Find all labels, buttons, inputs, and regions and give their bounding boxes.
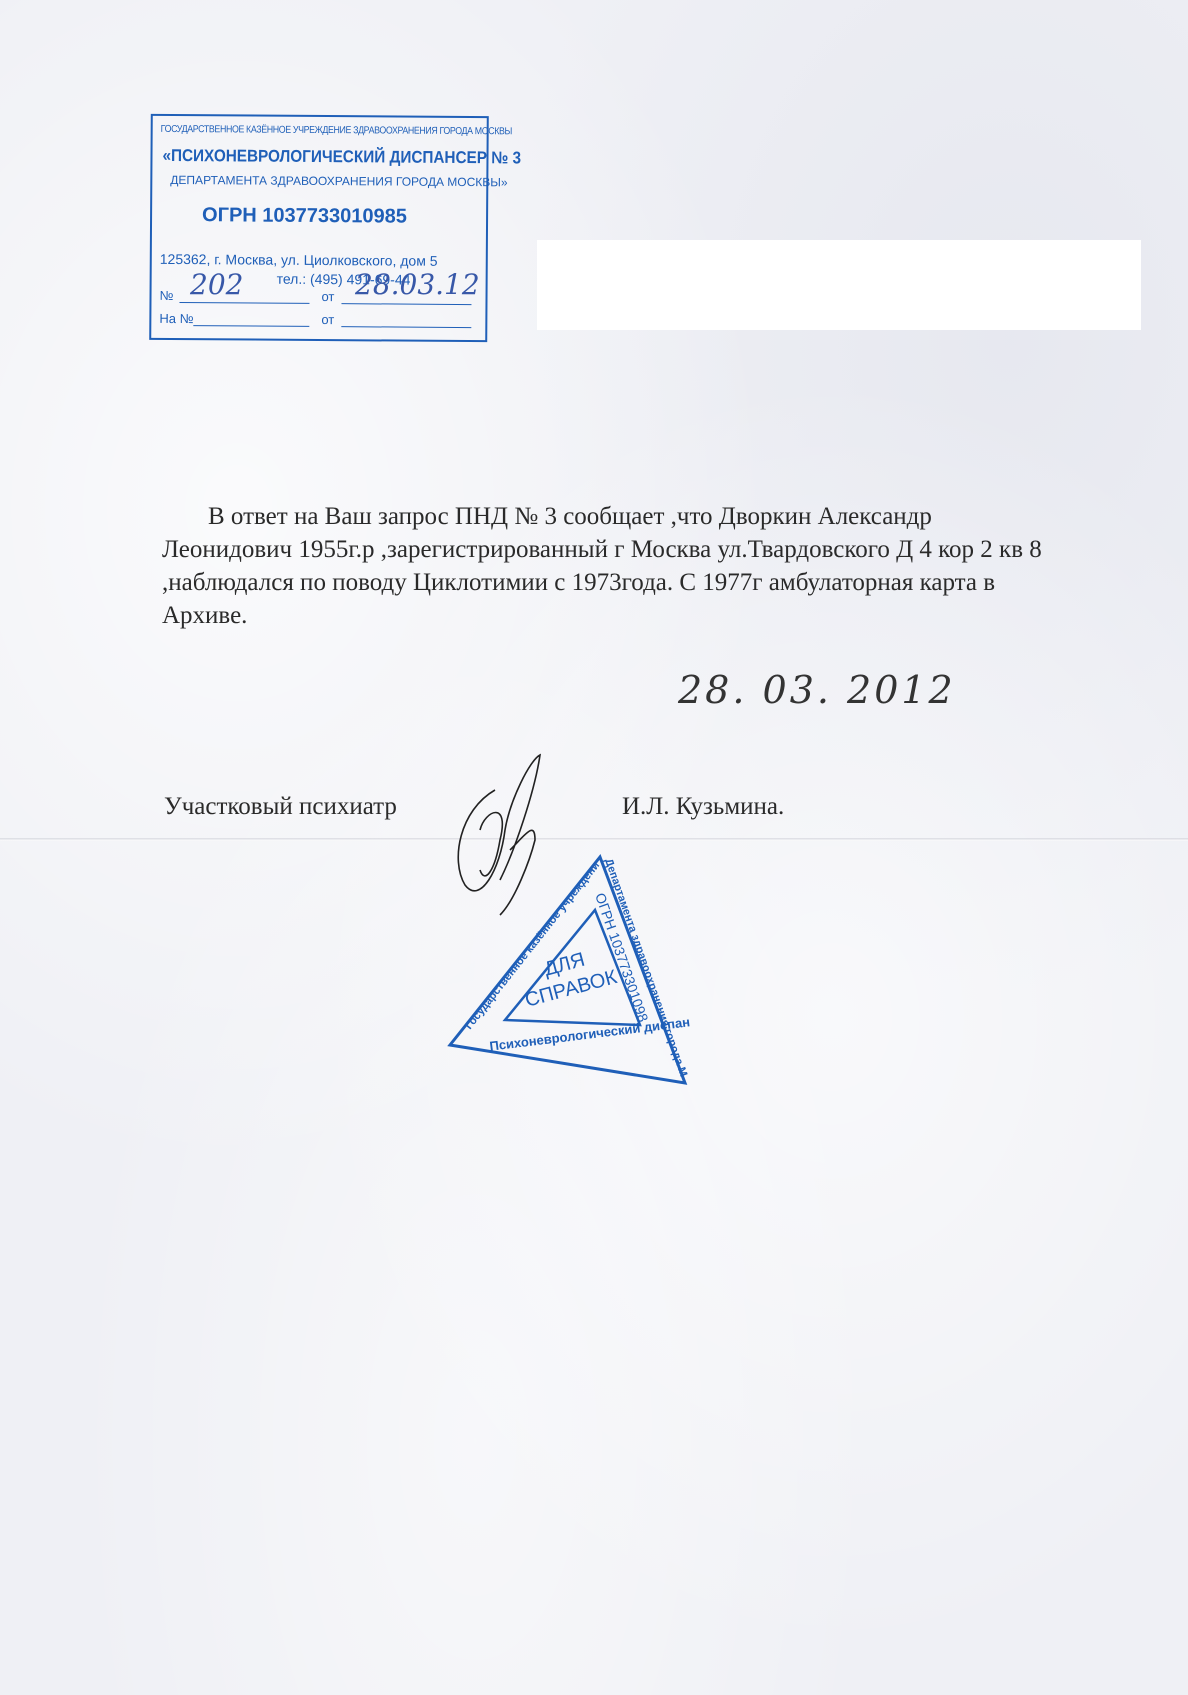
- body-paragraph: В ответ на Ваш запрос ПНД № 3 сообщает ,…: [162, 500, 1042, 632]
- institution-stamp: ГОСУДАРСТВЕННОЕ КАЗЁННОЕ УЧРЕЖДЕНИЕ ЗДРА…: [149, 114, 489, 342]
- redacted-addressee: [537, 240, 1141, 330]
- handwritten-outgoing-date: 28.03.12: [355, 268, 480, 301]
- reply-no-label: На №: [159, 311, 193, 326]
- stamp-ogrn: ОГРН 1037733010985: [202, 204, 407, 228]
- from-label: от: [321, 289, 334, 304]
- reply-from-label: от: [321, 312, 334, 327]
- handwritten-date: 28. 03. 2012: [678, 668, 956, 712]
- stamp-line-3: ДЕПАРТАМЕНТА ЗДРАВООХРАНЕНИЯ ГОРОДА МОСК…: [170, 173, 507, 189]
- signatory-name: И.Л. Кузьмина.: [622, 793, 784, 821]
- reply-number-line: [193, 311, 309, 327]
- no-label: №: [159, 288, 173, 303]
- stamp-left-text: Государственное казённое учреждение здра…: [440, 845, 602, 1032]
- triangle-stamp: Государственное казённое учреждение здра…: [440, 845, 690, 1085]
- letter-body: В ответ на Ваш запрос ПНД № 3 сообщает ,…: [162, 500, 1042, 632]
- reply-date-line: [341, 312, 471, 328]
- signatory-role: Участковый психиатр: [164, 793, 397, 821]
- stamp-line-2: «ПСИХОНЕВРОЛОГИЧЕСКИЙ ДИСПАНСЕР № 3: [162, 146, 521, 169]
- handwritten-outgoing-number: 202: [190, 268, 243, 301]
- svg-text:Государственное казённое учреж: Государственное казённое учреждение здра…: [440, 845, 602, 1032]
- stamp-line-1: ГОСУДАРСТВЕННОЕ КАЗЁННОЕ УЧРЕЖДЕНИЕ ЗДРА…: [161, 124, 512, 137]
- stamp-address: 125362, г. Москва, ул. Циолковского, дом…: [160, 251, 438, 269]
- stamp-number-row: №: [159, 288, 173, 303]
- paper-fold: [0, 838, 1188, 841]
